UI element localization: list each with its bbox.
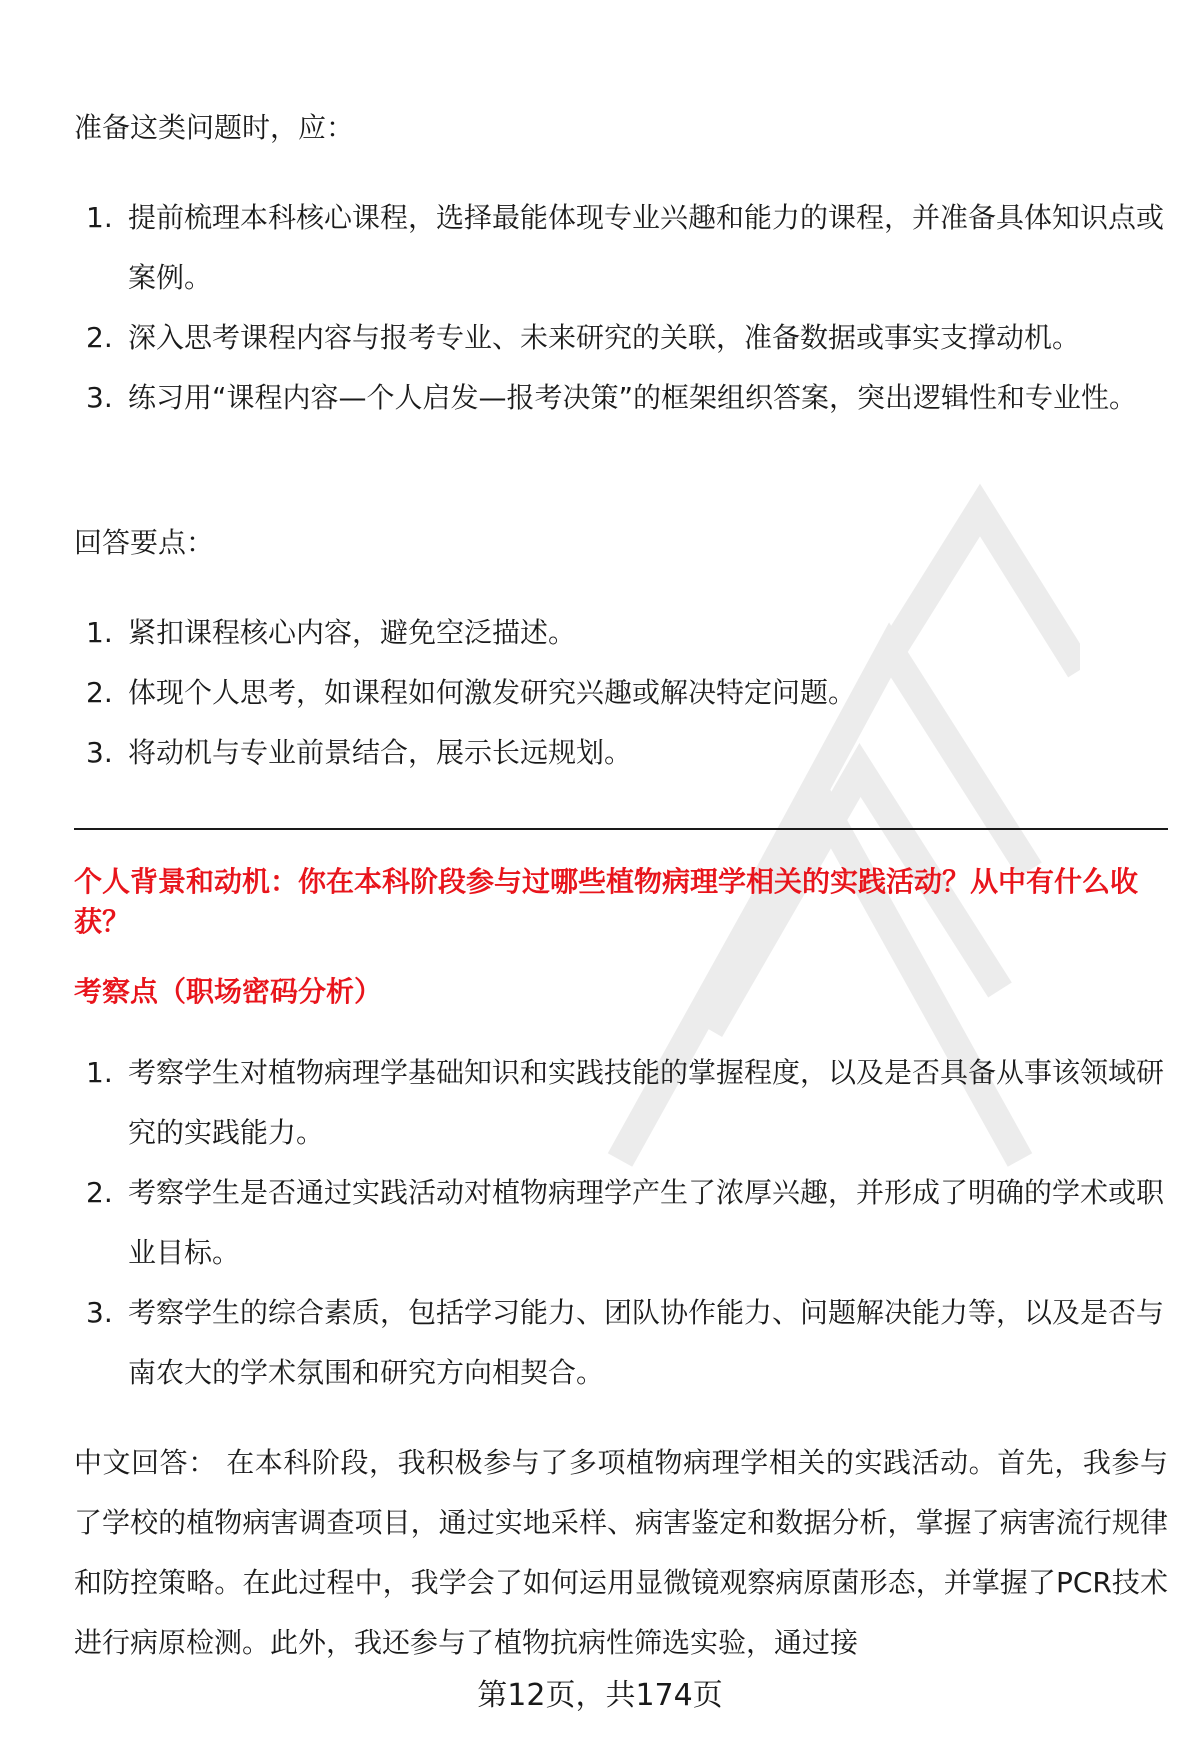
list-item: 1.考察学生对植物病理学基础知识和实践技能的掌握程度，以及是否具备从事该领域研究… <box>74 1043 1168 1163</box>
list-text: 提前梳理本科核心课程，选择最能体现专业兴趣和能力的课程，并准备具体知识点或案例。 <box>128 201 1164 294</box>
list-number: 3. <box>86 1283 113 1343</box>
section-divider <box>74 828 1168 830</box>
list-item: 1.紧扣课程核心内容，避免空泛描述。 <box>74 603 1168 663</box>
list-number: 1. <box>86 603 113 663</box>
list-number: 1. <box>86 1043 113 1103</box>
list-text: 考察学生的综合素质，包括学习能力、团队协作能力、问题解决能力等，以及是否与南农大… <box>128 1296 1164 1389</box>
answer-paragraph: 中文回答： 在本科阶段，我积极参与了多项植物病理学相关的实践活动。首先，我参与了… <box>74 1433 1168 1673</box>
list-item: 3.考察学生的综合素质，包括学习能力、团队协作能力、问题解决能力等，以及是否与南… <box>74 1283 1168 1403</box>
list-number: 2. <box>86 308 113 368</box>
list-number: 2. <box>86 663 113 723</box>
question-heading: 个人背景和动机：你在本科阶段参与过哪些植物病理学相关的实践活动？从中有什么收获？ <box>74 862 1168 942</box>
list-number: 3. <box>86 368 113 428</box>
list-text: 深入思考课程内容与报考专业、未来研究的关联，准备数据或事实支撑动机。 <box>128 321 1080 354</box>
list-number: 2. <box>86 1163 113 1223</box>
prep-intro: 准备这类问题时，应： <box>74 98 354 158</box>
list-item: 2.体现个人思考，如课程如何激发研究兴趣或解决特定问题。 <box>74 663 1168 723</box>
list-number: 3. <box>86 723 113 783</box>
prep-list: 1.提前梳理本科核心课程，选择最能体现专业兴趣和能力的课程，并准备具体知识点或案… <box>74 188 1168 428</box>
analysis-list: 1.考察学生对植物病理学基础知识和实践技能的掌握程度，以及是否具备从事该领域研究… <box>74 1043 1168 1403</box>
list-item: 3.将动机与专业前景结合，展示长远规划。 <box>74 723 1168 783</box>
key-points-intro: 回答要点： <box>74 513 214 573</box>
list-item: 2.考察学生是否通过实践活动对植物病理学产生了浓厚兴趣，并形成了明确的学术或职业… <box>74 1163 1168 1283</box>
list-text: 体现个人思考，如课程如何激发研究兴趣或解决特定问题。 <box>128 676 856 709</box>
page-number: 第12页，共174页 <box>0 1676 1200 1716</box>
list-item: 3.练习用“课程内容—个人启发—报考决策”的框架组织答案，突出逻辑性和专业性。 <box>74 368 1168 428</box>
list-text: 练习用“课程内容—个人启发—报考决策”的框架组织答案，突出逻辑性和专业性。 <box>128 381 1137 414</box>
list-item: 1.提前梳理本科核心课程，选择最能体现专业兴趣和能力的课程，并准备具体知识点或案… <box>74 188 1168 308</box>
list-text: 将动机与专业前景结合，展示长远规划。 <box>128 736 632 769</box>
analysis-heading: 考察点（职场密码分析） <box>74 972 382 1012</box>
key-points-list: 1.紧扣课程核心内容，避免空泛描述。 2.体现个人思考，如课程如何激发研究兴趣或… <box>74 603 1168 783</box>
list-text: 考察学生是否通过实践活动对植物病理学产生了浓厚兴趣，并形成了明确的学术或职业目标… <box>128 1176 1164 1269</box>
list-text: 考察学生对植物病理学基础知识和实践技能的掌握程度，以及是否具备从事该领域研究的实… <box>128 1056 1164 1149</box>
list-text: 紧扣课程核心内容，避免空泛描述。 <box>128 616 576 649</box>
list-item: 2.深入思考课程内容与报考专业、未来研究的关联，准备数据或事实支撑动机。 <box>74 308 1168 368</box>
list-number: 1. <box>86 188 113 248</box>
